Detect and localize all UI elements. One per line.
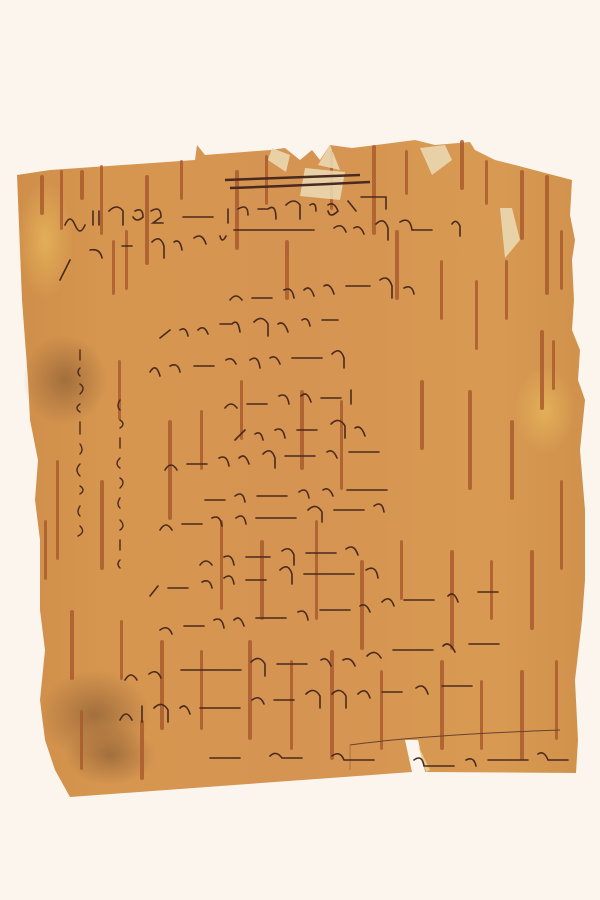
birch-bark-manuscript — [0, 0, 600, 900]
manuscript-photo — [0, 0, 600, 900]
